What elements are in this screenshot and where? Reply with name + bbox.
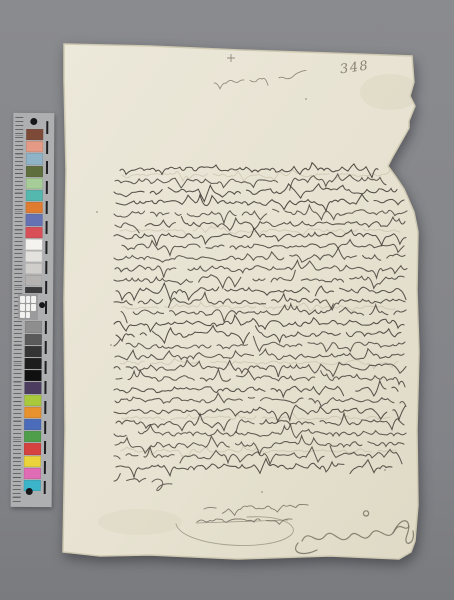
archival-photo: 348	[0, 0, 454, 600]
ink-speck	[305, 98, 307, 100]
ink-speck	[96, 211, 98, 213]
paper-stain	[98, 509, 182, 535]
ink-speck	[110, 344, 112, 346]
ink-speck	[384, 469, 386, 471]
paper-stain	[360, 74, 420, 110]
ink-speck	[261, 491, 263, 493]
manuscript-paper-svg: 348	[0, 0, 454, 600]
handwriting-stroke	[418, 544, 420, 546]
